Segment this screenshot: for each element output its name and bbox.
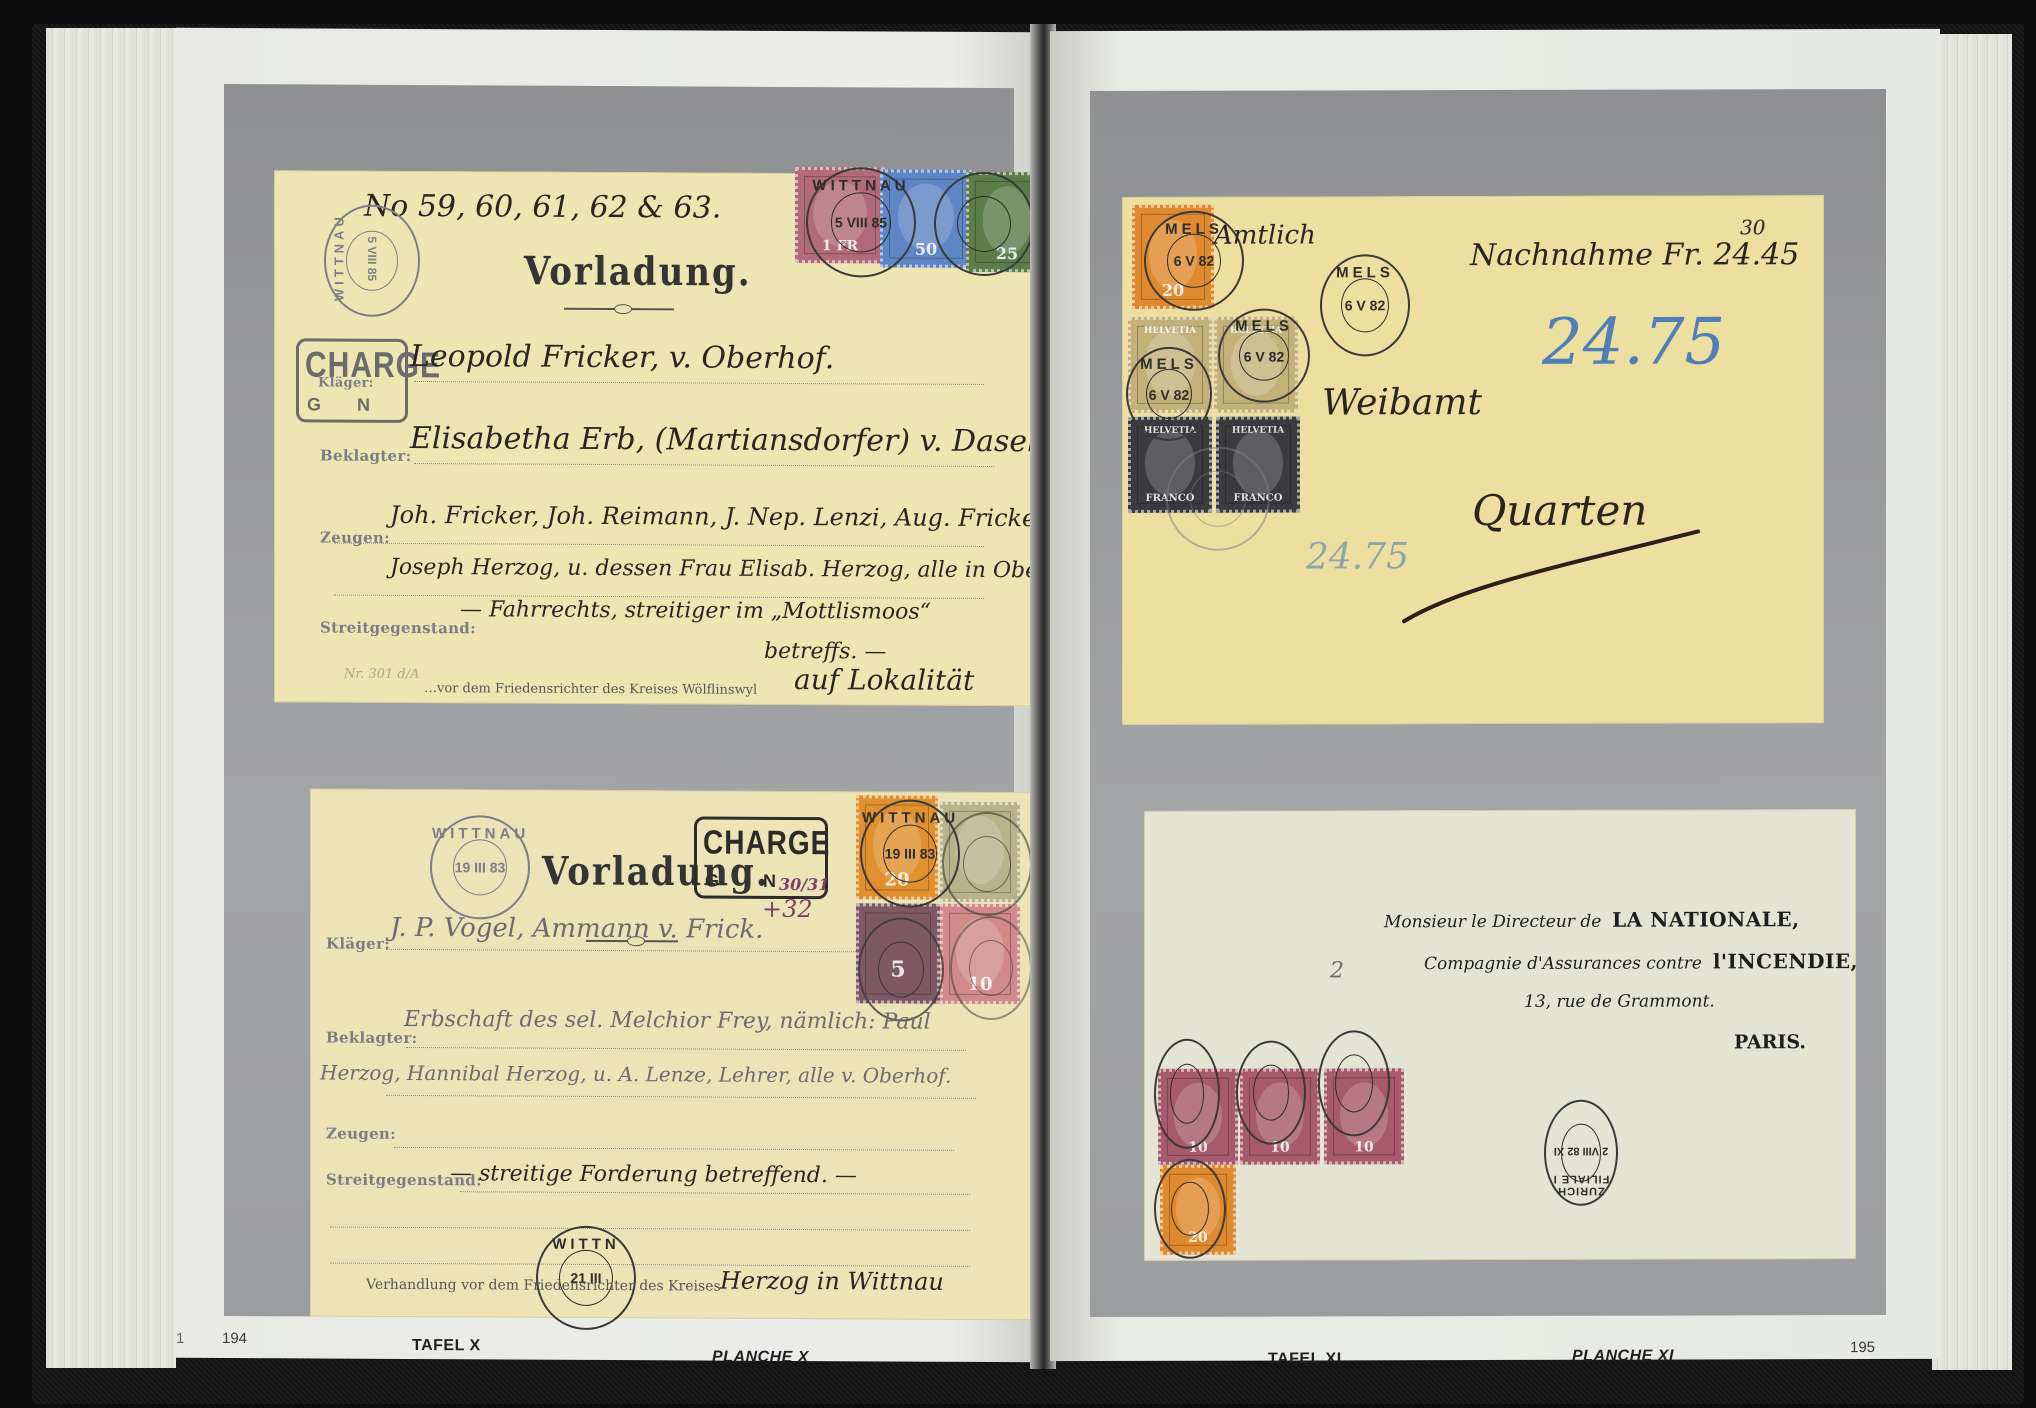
address-line-3: 13, rue de Grammont. <box>1524 991 1715 1011</box>
reference-note: No 59, 60, 61, 62 & 63. <box>364 189 721 226</box>
next-page-edge[interactable] <box>1932 28 2012 1368</box>
previous-page-edge[interactable] <box>46 28 176 1368</box>
hw-subject: — streitige Forderung betreffend. — <box>450 1161 857 1188</box>
label-plaintiff: Kläger: <box>318 375 374 390</box>
vorladung-1885-card: No 59, 60, 61, 62 & 63. WITTNAU 5 VIII 8… <box>274 170 1050 706</box>
right-page: 20 HELVETIA HELVETIA HELVETIA FRANCO HEL… <box>1050 29 1940 1361</box>
hw-defendant: Elisabetha Erb, (Martiansdorfer) v. Dase… <box>410 421 1093 460</box>
hw-defendant-1: Erbschaft des sel. Melchior Frey, nämlic… <box>404 1007 931 1035</box>
hw-small-30: 30 <box>1740 215 1765 239</box>
page-number-right: 195 <box>1850 1339 1875 1356</box>
postmark-wittnau-stamps: WITTNAU 5 VIII 85 <box>806 167 916 278</box>
hw-blue-total: 24.75 <box>1542 305 1725 379</box>
label-witnesses: Zeugen: <box>326 1125 396 1143</box>
hw-witnesses-1: Joh. Fricker, Joh. Reimann, J. Nep. Lenz… <box>390 501 1048 532</box>
footer-tafel-left: TAFEL X <box>412 1337 481 1355</box>
label-witnesses: Zeugen: <box>320 529 390 547</box>
stray-page-number: 1 <box>176 1330 184 1347</box>
mels-registered-cover: 20 HELVETIA HELVETIA HELVETIA FRANCO HEL… <box>1122 195 1824 725</box>
footer-tafel-right: TAFEL XI <box>1268 1350 1342 1368</box>
postmark-wittnau-left: WITTNAU 19 III 83 <box>430 815 530 920</box>
paris-printed-cover: Monsieur le Directeur de LA NATIONALE, C… <box>1144 809 1856 1261</box>
postmark-wittnau-left: WITTNAU 5 VIII 85 <box>324 205 420 318</box>
postmark-zurich-1 <box>1154 1039 1220 1149</box>
hw-witnesses-2: Joseph Herzog, u. dessen Frau Elisab. He… <box>390 555 1090 584</box>
hw-plaintiff: J. P. Vogel, Ammann v. Frick. <box>390 913 763 945</box>
left-page: No 59, 60, 61, 62 & 63. WITTNAU 5 VIII 8… <box>176 28 1036 1363</box>
hw-subject-2: betreffs. — <box>764 639 886 665</box>
footer-planche-left: PLANCHE X <box>712 1349 809 1368</box>
charge-registration-box: CHARGE G N 30/31 <box>694 816 828 899</box>
postmark-zurich-3 <box>1318 1030 1390 1136</box>
title-ornament <box>564 308 674 311</box>
vorladung-1883-card: WITTNAU 19 III 83 Vorladung. CHARGE G N … <box>310 788 1034 1320</box>
postmark-zurich-filiale: ZURICH FILIALE I 2 VIII 82 XI <box>1544 1100 1618 1206</box>
hw-cash-on-delivery: Nachnahme Fr. 24.45 <box>1470 237 1799 273</box>
postmark-faint-arrival <box>1166 447 1270 551</box>
pencil-note: Nr. 301 d/A <box>344 667 419 682</box>
postmark-mels-2: MELS6 V 82 <box>1320 254 1410 356</box>
postmark-wittnau-stamps-2 <box>934 172 1034 277</box>
postmark-mels-3: MELS6 V 82 <box>1218 308 1310 402</box>
hw-blue-total-faint: 24.75 <box>1306 536 1409 577</box>
label-defendant: Beklagter: <box>320 447 411 465</box>
address-line-1: Monsieur le Directeur de LA NATIONALE, <box>1384 907 1800 932</box>
charge-addition: +32 <box>762 895 813 923</box>
hw-plaintiff: Leopold Fricker, v. Oberhof. <box>410 339 834 376</box>
flourish-underline <box>1402 525 1702 626</box>
plate-left: No 59, 60, 61, 62 & 63. WITTNAU 5 VIII 8… <box>224 84 1014 1320</box>
postmark-mels-4: MELS6 V 82 <box>1126 347 1212 441</box>
form-title: Vorladung. <box>524 249 752 296</box>
hw-location: auf Lokalität <box>794 663 974 697</box>
postmark-zurich-4 <box>1154 1159 1226 1259</box>
label-subject: Streitgegenstand: <box>320 619 476 638</box>
page-number-left: 194 <box>222 1330 247 1347</box>
hw-recipient: Weibamt <box>1322 382 1482 423</box>
footer-planche-right: PLANCHE XI <box>1572 1348 1674 1366</box>
printed-footer-line: …vor dem Friedensrichter des Kreises Wöl… <box>424 681 757 698</box>
printed-footer-line: Verhandlung vor dem Friedensrichter des … <box>366 1277 721 1295</box>
hw-official: Amtlich <box>1214 220 1316 250</box>
label-plaintiff: Kläger: <box>326 935 390 953</box>
hw-defendant-2: Herzog, Hannibal Herzog, u. A. Lenze, Le… <box>320 1061 951 1088</box>
plate-right: 20 HELVETIA HELVETIA HELVETIA FRANCO HEL… <box>1090 89 1886 1317</box>
address-line-2: Compagnie d'Assurances contre l'INCENDIE… <box>1424 949 1858 974</box>
hw-location: Herzog in Wittnau <box>720 1267 944 1296</box>
charge-number: 30/31 <box>779 875 829 894</box>
pencil-mark: 2 <box>1330 958 1344 983</box>
hw-subject-1: — Fahrrechts, streitiger im „Mottlismoos… <box>460 597 931 624</box>
address-line-4: PARIS. <box>1734 1031 1806 1053</box>
postmark-zurich-2 <box>1236 1040 1306 1144</box>
